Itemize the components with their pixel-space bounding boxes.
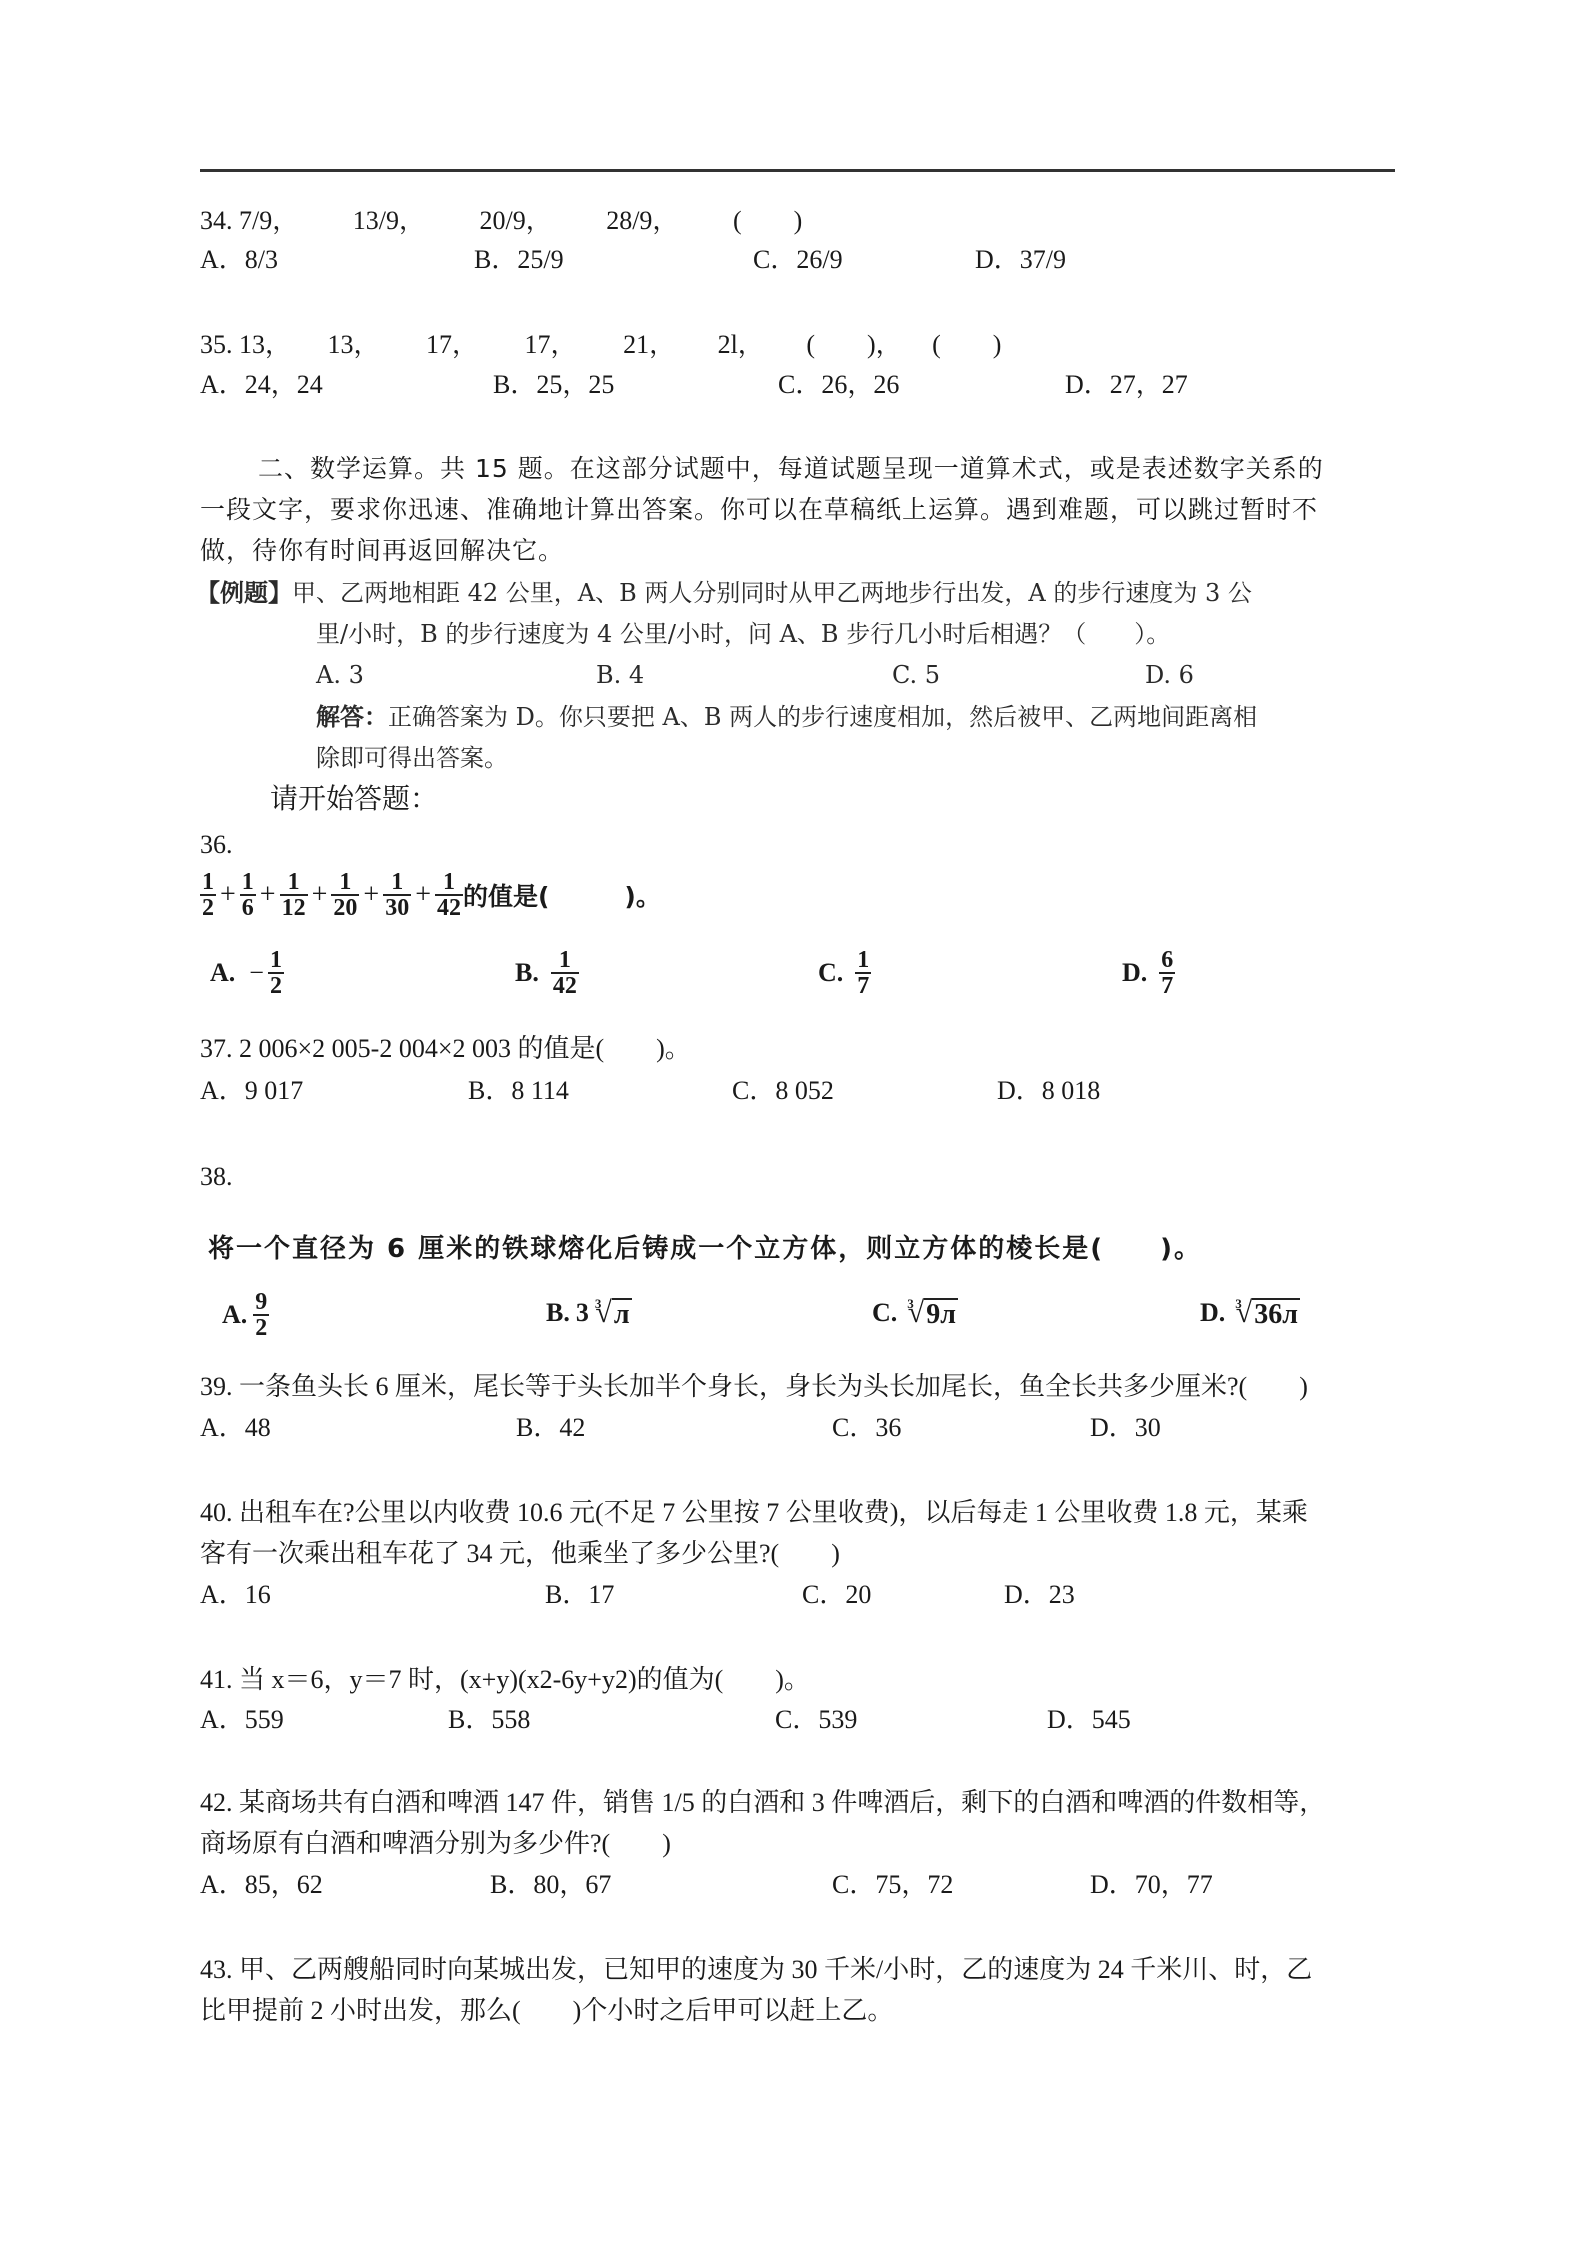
option-b: B．25/9 [474, 243, 564, 277]
option-a: A．16 [200, 1578, 271, 1612]
option-d: D．27，27 [1065, 368, 1188, 402]
question-36-expression: 12 + 16 + 112 + 120 + 130 + 142 的值是( )。 [200, 870, 661, 920]
fraction: 12 [200, 870, 216, 920]
question-43-line-1: 43. 甲、乙两艘船同时向某城出发，已知甲的速度为 30 千米/小时，乙的速度为… [200, 1953, 1312, 1987]
option-a: A．559 [200, 1703, 284, 1737]
cube-root: 3√л [595, 1296, 632, 1330]
example-line-1: 【例题】甲、乙两地相距 42 公里，A、B 两人分别同时从甲乙两地步行出发，A … [196, 576, 1252, 610]
example-option-a: A. 3 [316, 658, 364, 692]
question-number: 34. [200, 206, 233, 235]
option-a: A．48 [200, 1411, 271, 1445]
question-38-text: 将一个直径为 6 厘米的铁球熔化后铸成一个立方体，则立方体的棱长是( )。 [208, 1232, 1202, 1266]
fraction: 120 [331, 870, 359, 920]
answer-blank: ( ) [733, 206, 802, 235]
cube-root: 3√36л [1235, 1296, 1300, 1330]
option-c: C. 17 [818, 948, 871, 998]
section-intro-line-1: 二、数学运算。共 15 题。在这部分试题中，每道试题呈现一道算术式，或是表述数字… [258, 452, 1324, 486]
option-b: B．42 [516, 1411, 585, 1445]
fraction: 130 [383, 870, 411, 920]
header-rule [200, 169, 1395, 172]
start-prompt: 请开始答题： [270, 782, 438, 816]
question-43-line-2: 比甲提前 2 小时出发，那么( )个小时之后甲可以赶上乙。 [200, 1994, 893, 2028]
option-b: B．8 114 [468, 1074, 569, 1108]
option-d: D. 3√36л [1200, 1296, 1300, 1330]
option-a: A．9 017 [200, 1074, 303, 1108]
sequence-term: 13， [239, 330, 291, 359]
option-b: B.3 3√л [546, 1296, 632, 1330]
option-a: A．24，24 [200, 368, 323, 402]
fraction: 16 [240, 870, 256, 920]
section-intro-line-3: 做，待你有时间再返回解决它。 [200, 534, 564, 568]
section-intro-line-2: 一段文字，要求你迅速、准确地计算出答案。你可以在草稿纸上运算。遇到难题，可以跳过… [200, 493, 1318, 527]
example-label: 【例题】 [196, 579, 292, 607]
option-d: D．37/9 [975, 243, 1066, 277]
option-c: C．539 [775, 1703, 857, 1737]
example-text: 甲、乙两地相距 42 公里，A、B 两人分别同时从甲乙两地步行出发，A 的步行速… [292, 579, 1252, 607]
option-b: B．80，67 [490, 1868, 611, 1902]
option-d: D．30 [1090, 1411, 1161, 1445]
cube-root: 3√9л [907, 1296, 958, 1330]
option-b: B．558 [448, 1703, 530, 1737]
question-number: 35. [200, 330, 233, 359]
example-answer-line-2: 除即可得出答案。 [316, 741, 508, 775]
plus-sign: + [415, 879, 431, 911]
option-b: B．17 [545, 1578, 614, 1612]
question-35: 35. 13， 13， 17， 17， 21， 2l， ( )， ( ) [200, 328, 1001, 362]
example-option-c: C. 5 [892, 658, 940, 692]
plus-sign: + [363, 879, 379, 911]
option-d: D．8 018 [997, 1074, 1100, 1108]
option-d: D．545 [1047, 1703, 1131, 1737]
plus-sign: + [312, 879, 328, 911]
example-line-2: 里/小时，B 的步行速度为 4 公里/小时，问 A、B 步行几小时后相遇？（ ）… [316, 617, 1170, 651]
question-42-line-1: 42. 某商场共有白酒和啤酒 147 件，销售 1/5 的白酒和 3 件啤酒后，… [200, 1786, 1325, 1820]
sequence-term: 17， [426, 330, 478, 359]
sequence-term: 20/9， [479, 206, 551, 235]
question-41: 41. 当 x＝6，y＝7 时，(x+y)(x2-6y+y2)的值为( )。 [200, 1663, 810, 1697]
fraction: 142 [435, 870, 463, 920]
option-c: C．26/9 [753, 243, 843, 277]
sequence-term: 17， [525, 330, 577, 359]
option-c: C．75，72 [832, 1868, 953, 1902]
sequence-term: 28/9， [606, 206, 678, 235]
example-option-b: B. 4 [596, 658, 644, 692]
question-40-line-1: 40. 出租车在?公里以内收费 10.6 元(不足 7 公里按 7 公里收费)，… [200, 1496, 1308, 1530]
sequence-term: 2l， [718, 330, 764, 359]
question-34: 34. 7/9， 13/9， 20/9， 28/9， ( ) [200, 204, 802, 238]
question-40-line-2: 客有一次乘出租车花了 34 元，他乘坐了多少公里?( ) [200, 1537, 840, 1571]
question-38-number: 38. [200, 1160, 233, 1194]
question-39: 39. 一条鱼头长 6 厘米，尾长等于头长加半个身长，身长为头长加尾长，鱼全长共… [200, 1370, 1308, 1404]
option-a: A．8/3 [200, 243, 278, 277]
option-a: A. 92 [222, 1290, 269, 1340]
option-a: A.− 12 [210, 948, 284, 998]
question-suffix: 的值是( )。 [463, 877, 661, 913]
option-c: C．20 [802, 1578, 871, 1612]
example-answer-line-1: 解答：正确答案为 D。你只要把 A、B 两人的步行速度相加，然后被甲、乙两地间距… [316, 700, 1257, 734]
fraction: 112 [280, 870, 308, 920]
question-42-line-2: 商场原有白酒和啤酒分别为多少件?( ) [200, 1827, 671, 1861]
option-c: C．8 052 [732, 1074, 834, 1108]
sequence-term: 7/9， [239, 206, 298, 235]
plus-sign: + [260, 879, 276, 911]
answer-label: 解答： [316, 703, 388, 731]
option-b: B. 142 [515, 948, 579, 998]
option-c: C．26，26 [778, 368, 899, 402]
question-37: 37. 2 006×2 005-2 004×2 003 的值是( )。 [200, 1032, 691, 1066]
option-c: C. 3√9л [872, 1296, 958, 1330]
answer-blank: ( ) [932, 330, 1001, 359]
sequence-term: 21， [623, 330, 675, 359]
option-d: D. 67 [1122, 948, 1175, 998]
option-d: D．23 [1004, 1578, 1075, 1612]
option-a: A．85，62 [200, 1868, 323, 1902]
sequence-term: 13/9， [353, 206, 425, 235]
plus-sign: + [220, 879, 236, 911]
option-b: B．25，25 [493, 368, 614, 402]
question-36-number: 36. [200, 828, 233, 862]
answer-blank: ( )， [806, 330, 901, 359]
option-d: D．70，77 [1090, 1868, 1213, 1902]
option-c: C．36 [832, 1411, 901, 1445]
answer-text: 正确答案为 D。你只要把 A、B 两人的步行速度相加，然后被甲、乙两地间距离相 [388, 703, 1257, 731]
example-option-d: D. 6 [1145, 658, 1194, 692]
sequence-term: 13， [328, 330, 380, 359]
